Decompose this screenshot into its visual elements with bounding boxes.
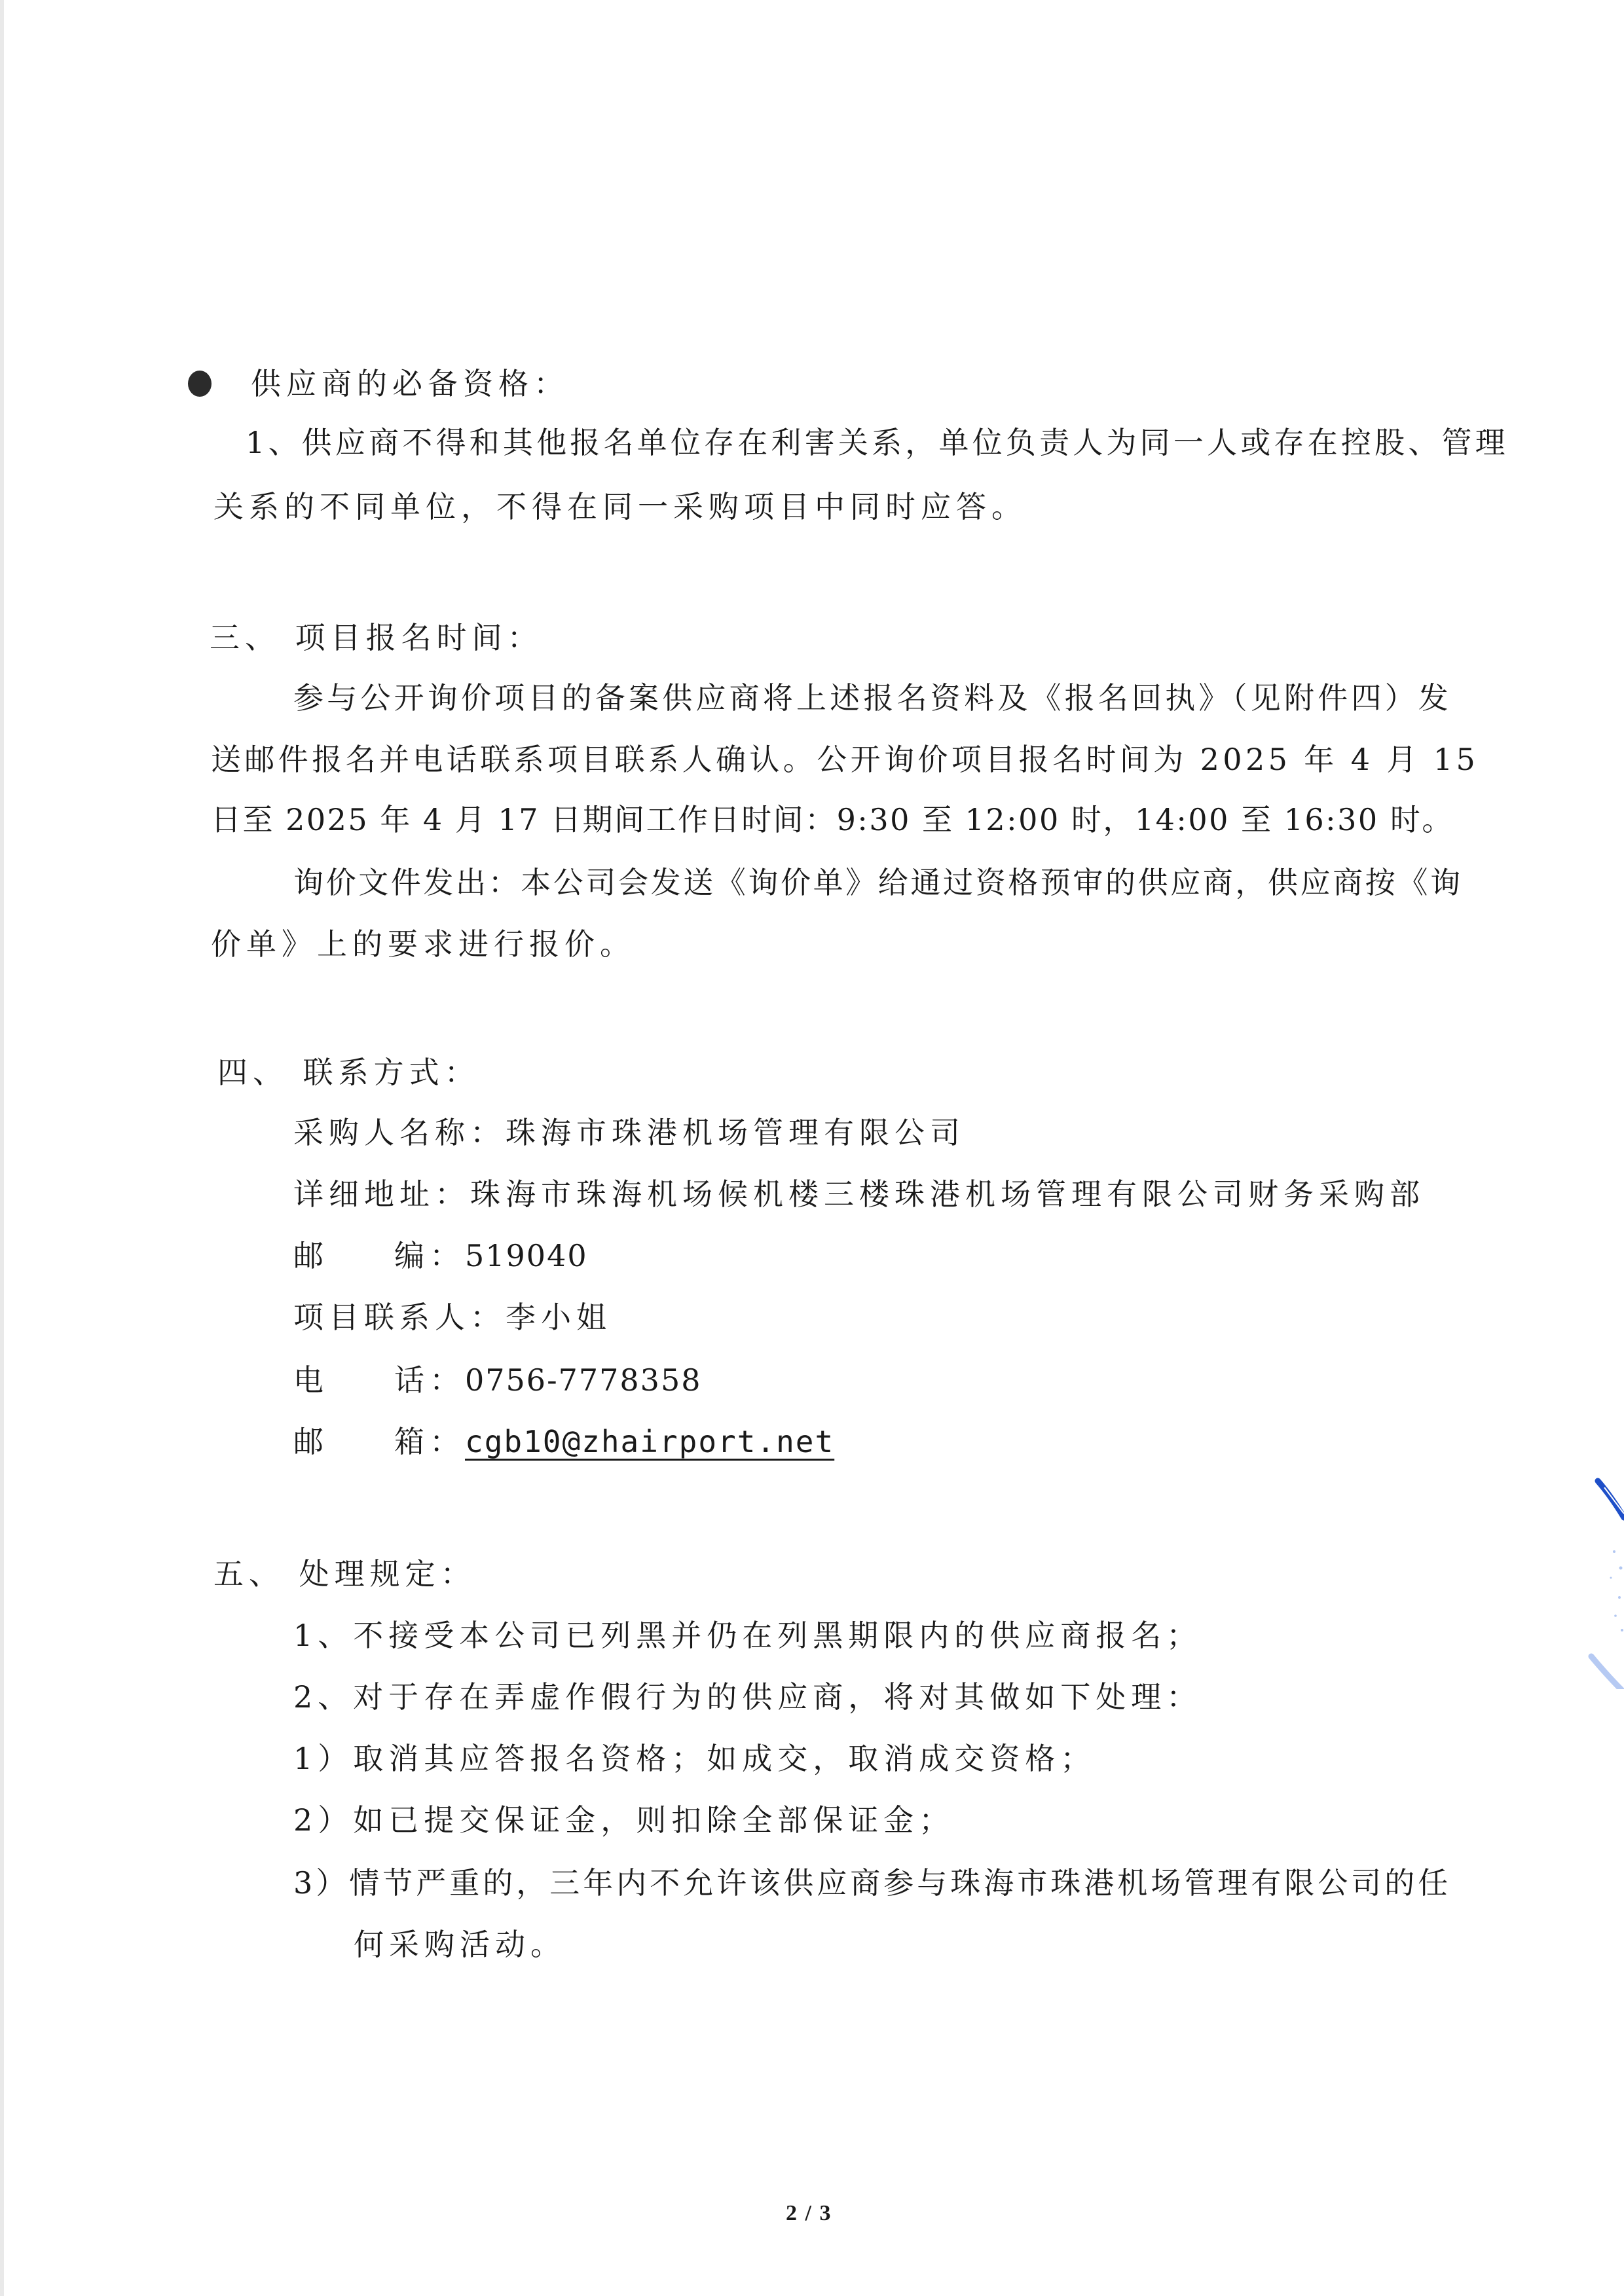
qualification-item-1-line-1: 1、供应商不得和其他报名单位存在利害关系，单位负责人为同一人或存在控股、管理 [246,423,1509,462]
rule-sub-item-3-line-1: 3）情节严重的，三年内不允许该供应商参与珠海市珠港机场管理有限公司的任 [293,1863,1451,1903]
bullet-icon [188,371,212,397]
partial-seal-stamp-icon [1575,1440,1624,1689]
phone-value: 0756-7778358 [465,1362,701,1398]
rule-item-2: 2、对于存在弄虚作假行为的供应商，将对其做如下处理： [293,1677,1202,1717]
email-row: 邮箱：cgb10@zhairport.net [293,1422,834,1461]
contact-person-label: 项目联系人： [293,1300,506,1335]
rule-item-1: 1、不接受本公司已列黑并仍在列黑期限内的供应商报名； [293,1616,1202,1655]
section-3-para-1-line-1: 参与公开询价项目的备案供应商将上述报名资料及《报名回执》（见附件四）发 [293,678,1452,718]
scan-page-edge [0,0,4,2296]
rule-sub-item-2: 2）如已提交保证金，则扣除全部保证金； [293,1800,954,1840]
qualification-heading: 供应商的必备资格： [251,364,569,403]
buyer-name-row: 采购人名称：珠海市珠港机场管理有限公司 [293,1113,965,1152]
rule-sub-item-3-line-2: 何采购活动。 [354,1925,566,1964]
address-row: 详细地址：珠海市珠海机场候机楼三楼珠港机场管理有限公司财务采购部 [293,1175,1425,1214]
section-3-para-2-line-2: 价单》上的要求进行报价。 [211,924,635,964]
email-label-part-2: 箱： [394,1424,465,1459]
rule-sub-item-1: 1）取消其应答报名资格；如成交，取消成交资格； [293,1739,1096,1778]
postcode-label-part-2: 编： [394,1238,465,1273]
phone-row: 电话：0756-7778358 [293,1360,701,1400]
page-number: 2 / 3 [786,2201,832,2226]
phone-label-part-2: 话： [394,1362,465,1398]
phone-label-part-1: 电 [293,1362,329,1398]
email-link[interactable]: cgb10@zhairport.net [465,1424,834,1459]
section-3-para-2-line-1: 询价文件发出：本公司会发送《询价单》给通过资格预审的供应商，供应商按《询 [293,863,1463,902]
postcode-value: 519040 [465,1238,588,1273]
buyer-name-value: 珠海市珠港机场管理有限公司 [506,1115,965,1150]
section-5-heading: 五、 处理规定： [213,1554,476,1594]
contact-person-value: 李小姐 [506,1300,612,1335]
buyer-name-label: 采购人名称： [293,1115,506,1150]
address-label: 详细地址： [293,1176,470,1212]
postcode-row: 邮编：519040 [293,1236,588,1275]
qualification-item-1-line-2: 关系的不同单位，不得在同一采购项目中同时应答。 [213,487,1027,526]
section-4-heading: 四、 联系方式： [217,1053,480,1092]
section-3-para-1-line-2: 送邮件报名并电话联系项目联系人确认。公开询价项目报名时间为 2025 年 4 月… [211,740,1479,779]
section-3-heading: 三、 项目报名时间： [210,618,543,657]
email-label-part-1: 邮 [293,1424,329,1459]
contact-person-row: 项目联系人：李小姐 [293,1298,612,1337]
section-3-para-1-line-3: 日至 2025 年 4 月 17 日期间工作日时间：9:30 至 12:00 时… [211,800,1454,839]
postcode-label-part-1: 邮 [293,1238,329,1273]
address-value: 珠海市珠海机场候机楼三楼珠港机场管理有限公司财务采购部 [470,1176,1425,1212]
